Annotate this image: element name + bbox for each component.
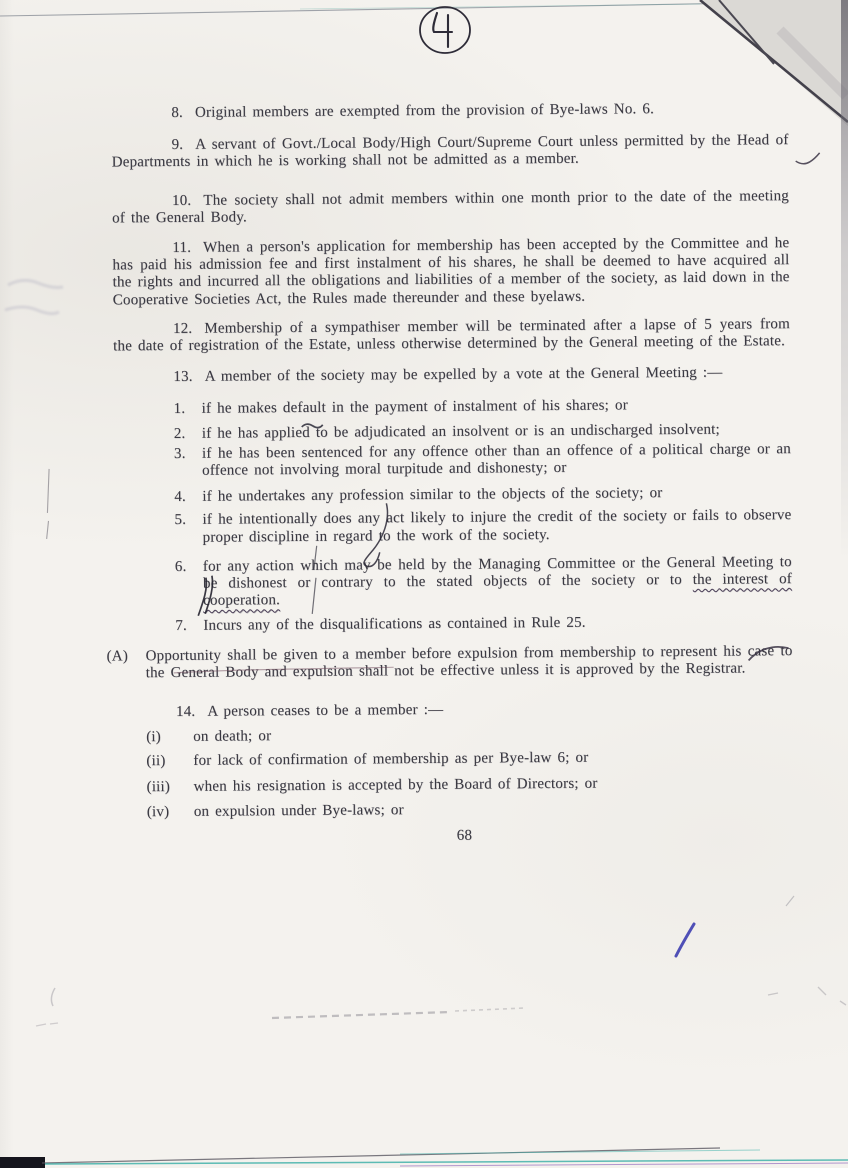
item-text: for any action which may be held by the …	[203, 554, 792, 609]
clause-text: A person ceases to be a member :—	[207, 702, 443, 720]
cessation-ground-iv: (iv)on expulsion under Bye-laws; or	[117, 799, 794, 822]
expulsion-ground-4: 4.if he undertakes any profession simila…	[114, 484, 791, 507]
clause-8: 8.Original members are exempted from the…	[111, 100, 788, 123]
item-text: if he has been sentenced for any offence…	[202, 441, 791, 479]
item-number: (iii)	[147, 779, 171, 796]
item-number: 1.	[174, 401, 186, 418]
cessation-ground-iii: (iii)when his resignation is accepted by…	[117, 774, 794, 797]
clause-text: A member of the society may be expelled …	[205, 365, 723, 385]
clause-14: 14.A person ceases to be a member :—	[116, 699, 793, 722]
expulsion-ground-2: 2.if he has applied to be adjudicated an…	[114, 421, 791, 444]
item-number: 7.	[175, 618, 187, 635]
clause-label: (A)	[106, 648, 128, 665]
clause-text: When a person's application for membersh…	[112, 235, 789, 308]
item-text: if he intentionally does any act likely …	[202, 508, 791, 546]
cessation-ground-ii: (ii)for lack of confirmation of membersh…	[116, 749, 793, 772]
item-text: Incurs any of the disqualifications as c…	[203, 615, 586, 634]
item-number: 5.	[174, 512, 186, 529]
expulsion-ground-6: 6.for any action which may be held by th…	[115, 554, 792, 611]
clause-text: Opportunity shall be given to a member b…	[145, 643, 792, 681]
clause-number: 14.	[176, 704, 207, 720]
item-text: for lack of confirmation of membership a…	[193, 750, 588, 769]
item-number: (ii)	[146, 754, 165, 771]
clause-A: (A)Opportunity shall be given to a membe…	[115, 643, 792, 683]
expulsion-ground-5: 5.if he intentionally does any act likel…	[114, 508, 791, 548]
clause-text: Membership of a sympathiser member will …	[113, 316, 790, 355]
scanned-bylaws-page: 8.Original members are exempted from the…	[0, 0, 848, 1168]
pen-swoosh-after-permitted	[796, 153, 820, 164]
clause-number: 8.	[171, 105, 195, 121]
item-number: 4.	[174, 489, 186, 506]
item-text: when his resignation is accepted by the …	[194, 775, 598, 794]
item-text: if he undertakes any profession similar …	[202, 485, 662, 505]
item-text: on death; or	[193, 728, 271, 745]
clause-12: 12.Membership of a sympathiser member wi…	[113, 316, 790, 356]
clause-number: 9.	[171, 137, 195, 153]
clause-10: 10.The society shall not admit members w…	[112, 188, 789, 228]
expulsion-ground-3: 3.if he has been sentenced for any offen…	[114, 441, 791, 481]
item-number: (i)	[146, 729, 161, 746]
item-number: 3.	[174, 446, 186, 463]
expulsion-ground-1: 1.if he makes default in the payment of …	[114, 397, 791, 420]
item-number: 2.	[174, 426, 186, 443]
expulsion-ground-7: 7.Incurs any of the disqualifications as…	[115, 614, 792, 637]
clause-text: The society shall not admit members with…	[112, 188, 789, 227]
item-number: (iv)	[147, 804, 170, 821]
clause-text: Original members are exempted from the p…	[195, 101, 654, 121]
document-text: 8.Original members are exempted from the…	[110, 0, 794, 848]
clause-9: 9.A servant of Govt./Local Body/High Cou…	[111, 132, 788, 172]
cessation-ground-i: (i)on death; or	[116, 724, 793, 747]
item-text: if he makes default in the payment of in…	[202, 398, 628, 417]
clause-number: 10.	[172, 192, 203, 208]
clause-11: 11.When a person's application for membe…	[112, 235, 790, 309]
clause-number: 12.	[173, 321, 204, 337]
margin-pen-line	[46, 469, 50, 539]
page-tilt-wrapper: 8.Original members are exempted from the…	[0, 0, 848, 1168]
item-text: if he has applied to be adjudicated an i…	[202, 421, 720, 441]
clause-number: 13.	[173, 369, 204, 385]
page-number: 68	[117, 825, 794, 848]
item-number: 6.	[175, 559, 187, 576]
clause-number: 11.	[172, 240, 203, 256]
item-text: on expulsion under Bye-laws; or	[194, 802, 404, 820]
clause-text: A servant of Govt./Local Body/High Court…	[112, 132, 789, 171]
clause-13: 13.A member of the society may be expell…	[113, 364, 790, 387]
